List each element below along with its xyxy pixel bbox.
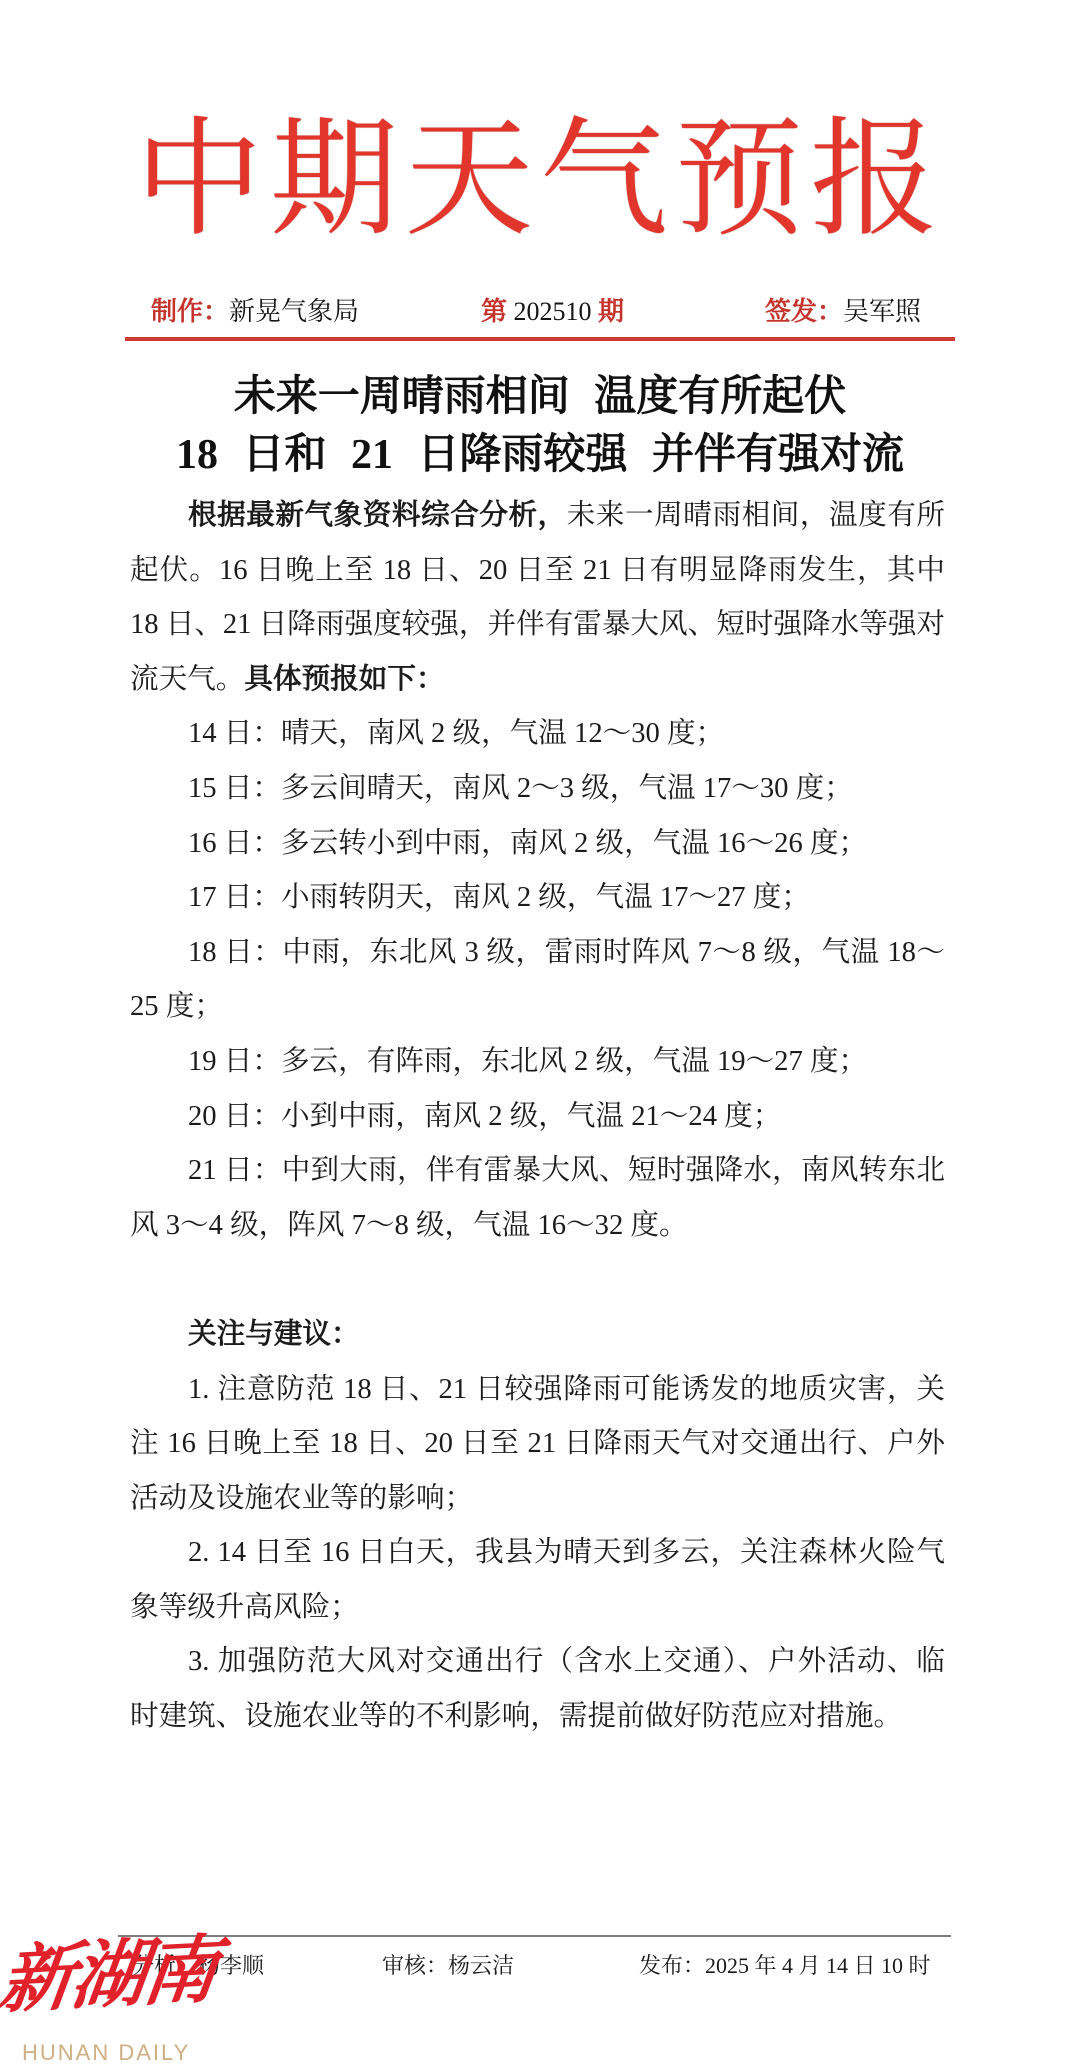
forecast-day-label: 17 日： bbox=[188, 882, 281, 913]
issue-value: 202510 bbox=[514, 297, 592, 326]
forecast-day-label: 20 日： bbox=[188, 1101, 281, 1132]
producer-info: 制作：新晃气象局 bbox=[151, 296, 359, 328]
forecast-day-text: 多云转小到中雨，南风 2 级，气温 16～26 度； bbox=[281, 828, 867, 859]
intro-line: 起伏。16 日晚上至 18 日、20 日至 21 日有明显降雨发生，其中 bbox=[130, 544, 945, 599]
producer-label: 制作： bbox=[151, 297, 229, 326]
issue-suffix: 期 bbox=[598, 297, 624, 326]
intro-line: 18 日、21 日降雨强度较强，并伴有雷暴大风、短时强降水等强对 bbox=[130, 598, 945, 653]
intro-line: 根据最新气象资料综合分析，未来一周晴雨相间，温度有所 bbox=[130, 489, 945, 544]
advice-item-3-cont: 时建筑、设施农业等的不利影响，需提前做好防范应对措施。 bbox=[130, 1690, 945, 1745]
intro-text: 未来一周晴雨相间，温度有所 bbox=[567, 500, 945, 531]
forecast-day-text: 中雨，东北风 3 级，雷雨时阵风 7～8 级，气温 18～ bbox=[282, 937, 945, 968]
forecast-day-18-cont: 25 度； bbox=[130, 980, 945, 1035]
forecast-day-17: 17 日：小雨转阴天，南风 2 级，气温 17～27 度； bbox=[130, 871, 945, 926]
blank-line bbox=[130, 1253, 945, 1308]
headline-line-2: 18 日和 21 日降雨较强 并伴有强对流 bbox=[0, 431, 1080, 479]
forecast-day-text: 小到中雨，南风 2 级，气温 21～24 度； bbox=[281, 1101, 781, 1132]
signer-info: 签发：吴军照 bbox=[765, 296, 921, 328]
forecast-day-15: 15 日：多云间晴天，南风 2～3 级，气温 17～30 度； bbox=[130, 762, 945, 817]
forecast-day-18: 18 日：中雨，东北风 3 级，雷雨时阵风 7～8 级，气温 18～ bbox=[130, 926, 945, 981]
forecast-body: 根据最新气象资料综合分析，未来一周晴雨相间，温度有所 起伏。16 日晚上至 18… bbox=[130, 489, 945, 1745]
intro-text: 流天气。 bbox=[130, 664, 244, 695]
header-divider bbox=[125, 337, 955, 341]
producer-name: 新晃气象局 bbox=[229, 297, 359, 326]
advice-item-2-cont: 象等级升高风险； bbox=[130, 1581, 945, 1636]
advice-item-1: 1. 注意防范 18 日、21 日较强降雨可能诱发的地质灾害，关 bbox=[130, 1363, 945, 1418]
advice-item-2: 2. 14 日至 16 日白天，我县为晴天到多云，关注森林火险气 bbox=[130, 1526, 945, 1581]
advice-item-3: 3. 加强防范大风对交通出行（含水上交通）、户外活动、临 bbox=[130, 1635, 945, 1690]
forecast-day-label: 19 日： bbox=[188, 1046, 281, 1077]
masthead-title: 中期天气预报 bbox=[0, 112, 1080, 248]
forecast-day-19: 19 日：多云，有阵雨，东北风 2 级，气温 19～27 度； bbox=[130, 1035, 945, 1090]
forecast-day-14: 14 日：晴天，南风 2 级，气温 12～30 度； bbox=[130, 707, 945, 762]
signer-label: 签发： bbox=[765, 297, 843, 326]
issue-number: 第 202510 期 bbox=[481, 296, 624, 328]
advice-heading: 关注与建议： bbox=[130, 1308, 945, 1363]
signer-name: 吴军照 bbox=[843, 297, 921, 326]
forecast-day-21-cont: 风 3～4 级，阵风 7～8 级，气温 16～32 度。 bbox=[130, 1199, 945, 1254]
publish-time: 2025 年 4 月 14 日 10 时 bbox=[705, 1953, 931, 1978]
forecast-day-text: 晴天，南风 2 级，气温 12～30 度； bbox=[281, 718, 724, 749]
forecast-day-16: 16 日：多云转小到中雨，南风 2 级，气温 16～26 度； bbox=[130, 817, 945, 872]
forecast-day-label: 21 日： bbox=[188, 1155, 282, 1186]
intro-tail: 具体预报如下： bbox=[244, 664, 444, 695]
forecast-day-21: 21 日：中到大雨，伴有雷暴大风、短时强降水，南风转东北 bbox=[130, 1144, 945, 1199]
advice-item-1-cont: 活动及设施农业等的影响； bbox=[130, 1472, 945, 1527]
footer-divider bbox=[118, 1935, 951, 1937]
forecast-day-text: 多云，有阵雨，东北风 2 级，气温 19～27 度； bbox=[281, 1046, 867, 1077]
forecast-day-label: 18 日： bbox=[188, 937, 282, 968]
hunan-daily-logo-subtext: HUNAN DAILY bbox=[22, 2041, 190, 2065]
forecast-day-text: 小雨转阴天，南风 2 级，气温 17～27 度； bbox=[281, 882, 810, 913]
intro-lead: 根据最新气象资料综合分析， bbox=[188, 500, 567, 531]
forecast-day-text: 多云间晴天，南风 2～3 级，气温 17～30 度； bbox=[281, 773, 853, 804]
reviewer-name: 杨云洁 bbox=[448, 1953, 514, 1978]
hunan-daily-logo: 新湖南 bbox=[0, 1921, 228, 2032]
advice-item-1-cont: 注 16 日晚上至 18 日、20 日至 21 日降雨天气对交通出行、户外 bbox=[130, 1417, 945, 1472]
reviewer-label: 审核： bbox=[382, 1953, 448, 1978]
intro-line: 流天气。具体预报如下： bbox=[130, 653, 945, 708]
forecast-day-label: 14 日： bbox=[188, 718, 281, 749]
footer-publish: 发布：2025 年 4 月 14 日 10 时 bbox=[639, 1951, 931, 1981]
forecast-day-text: 中到大雨，伴有雷暴大风、短时强降水，南风转东北 bbox=[282, 1155, 945, 1186]
headline-line-1: 未来一周晴雨相间 温度有所起伏 bbox=[0, 373, 1080, 421]
forecast-day-label: 16 日： bbox=[188, 828, 281, 859]
issue-prefix: 第 bbox=[481, 297, 507, 326]
forecast-day-20: 20 日：小到中雨，南风 2 级，气温 21～24 度； bbox=[130, 1090, 945, 1145]
footer-reviewer: 审核：杨云洁 bbox=[382, 1951, 514, 1981]
forecast-day-label: 15 日： bbox=[188, 773, 281, 804]
publish-label: 发布： bbox=[639, 1953, 705, 1978]
